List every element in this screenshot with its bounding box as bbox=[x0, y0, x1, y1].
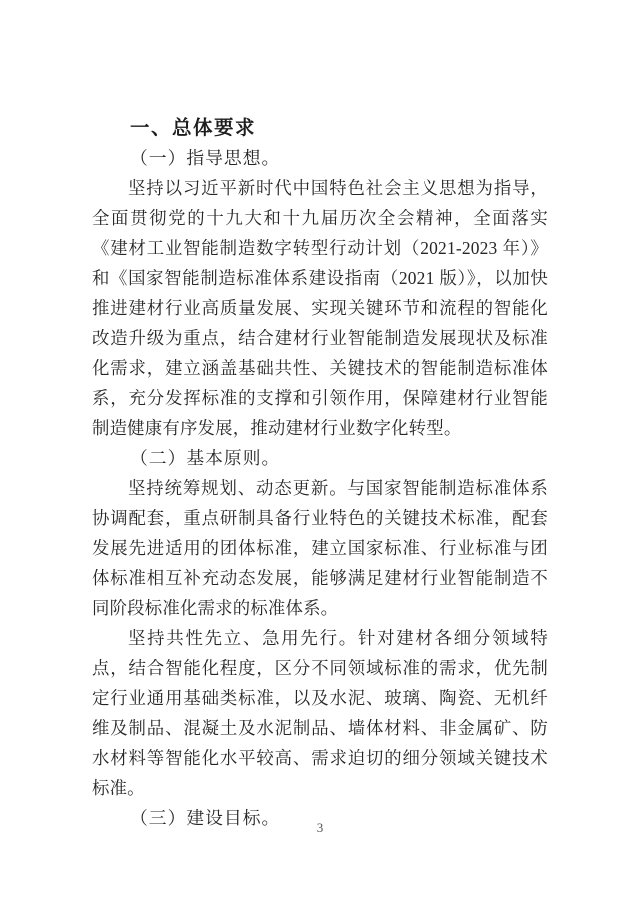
document-body: 一、总体要求 （一）指导思想。 坚持以习近平新时代中国特色社会主义思想为指导，全… bbox=[92, 113, 548, 833]
paragraph: 坚持以习近平新时代中国特色社会主义思想为指导，全面贯彻党的十九大和十九届历次全会… bbox=[92, 173, 548, 443]
paragraph: 坚持统筹规划、动态更新。与国家智能制造标准体系协调配套，重点研制具备行业特色的关… bbox=[92, 473, 548, 623]
subsection-heading-basic-principles: （二）基本原则。 bbox=[92, 443, 548, 473]
section-heading: 一、总体要求 bbox=[92, 113, 548, 143]
subsection-heading-guiding-ideology: （一）指导思想。 bbox=[92, 143, 548, 173]
page-number: 3 bbox=[0, 820, 640, 836]
document-page: 一、总体要求 （一）指导思想。 坚持以习近平新时代中国特色社会主义思想为指导，全… bbox=[0, 0, 640, 904]
paragraph: 坚持共性先立、急用先行。针对建材各细分领域特点，结合智能化程度，区分不同领域标准… bbox=[92, 623, 548, 803]
